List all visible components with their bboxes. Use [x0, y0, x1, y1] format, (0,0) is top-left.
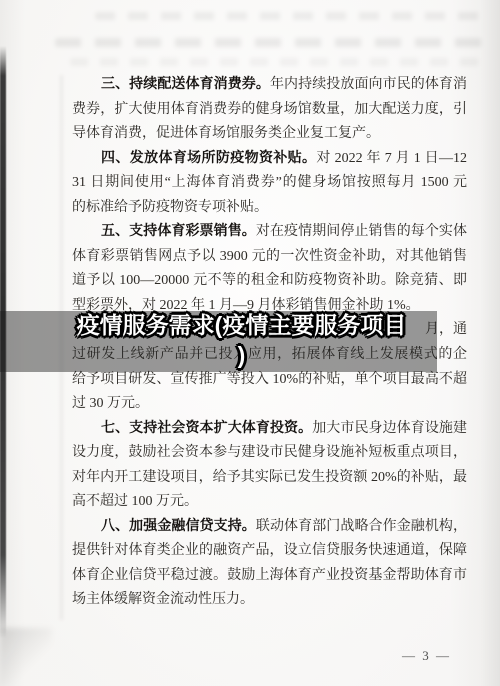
bleedthrough-smudge-3	[70, 58, 485, 66]
text-line: 对年内开工建设项目，给予其实际已发生投资额 20%的补贴，最	[72, 466, 467, 491]
watermark-band: 疫情服务需求(疫情主要服务项目 )	[0, 311, 437, 372]
text-line: 高不超过 100 万元。	[72, 490, 467, 515]
text-line: 三、持续配送体育消费券。年内持续投放面向市民的体育消	[72, 73, 467, 98]
text-line: 费券，扩大使用体育消费券的健身场馆数量，加大配送力度，引	[72, 98, 467, 123]
text-line: 场主体缓解资金流动性压力。	[72, 588, 467, 613]
text-line: 提供针对体育类企业的融资产品，设立信贷服务快速通道，保障	[72, 539, 467, 564]
scanned-page: 三、持续配送体育消费券。年内持续投放面向市民的体育消费券，扩大使用体育消费券的健…	[0, 0, 500, 686]
scan-corner-shadow	[0, 628, 52, 686]
page-right-shading	[480, 0, 500, 686]
text-line: 体育企业信贷平稳过渡。鼓励上海体育产业投资基金帮助体育市	[72, 564, 467, 589]
watermark-title-line2: )	[0, 341, 437, 371]
text-line: 的标准给予防疫物资专项补贴。	[72, 196, 467, 221]
page-number: — 3 —	[402, 648, 451, 664]
text-line: 31 日期间使用“上海体育消费券”的健身场馆按照每月 1500 元	[72, 171, 467, 196]
text-line: 八、加强金融信贷支持。联动体育部门战略合作金融机构，	[72, 515, 467, 540]
text-line: 七、支持社会资本扩大体育投资。加大市民身边体育设施建	[72, 417, 467, 442]
text-line: 道予以 100—20000 元不等的租金和防疫物资补助。除竞猜、即开	[72, 269, 467, 294]
text-line: 过 30 万元。	[72, 392, 467, 417]
text-line: 五、支持体育彩票销售。对在疫情期间停止销售的每个实体	[72, 220, 467, 245]
bleedthrough-smudge-2	[55, 38, 485, 47]
text-line: 导体育消费，促进体育场馆服务类企业复工复产。	[72, 122, 467, 147]
text-line: 体育彩票销售网点予以 3900 元的一次性资金补助，对其他销售渠	[72, 245, 467, 270]
text-line: 四、发放体育场所防疫物资补贴。对 2022 年 7 月 1 日—12 月	[72, 147, 467, 172]
text-line: 设力度，鼓励社会资本参与建设市民健身设施补短板重点项目，	[72, 441, 467, 466]
bleedthrough-smudge-1	[95, 12, 480, 20]
watermark-title-line1: 疫情服务需求(疫情主要服务项目	[0, 311, 437, 341]
